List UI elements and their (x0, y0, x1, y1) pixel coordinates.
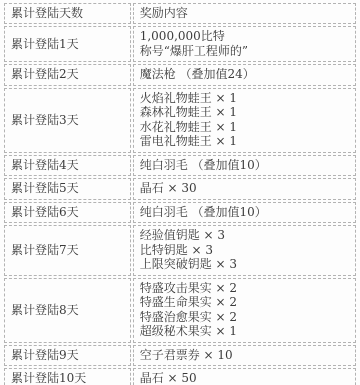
login-days-cell: 累计登陆9天 (4, 345, 131, 367)
table-row: 累计登陆3天火焰礼物蛙王 × 1森林礼物蛙王 × 1水花礼物蛙王 × 1雷电礼物… (4, 88, 356, 153)
table-row: 累计登陆8天特盛攻击果实 × 2特盛生命果实 × 2特盛治愈果实 × 2超级秘术… (4, 278, 356, 343)
table-row: 累计登陆5天晶石 × 30 (4, 178, 356, 200)
rewards-cell: 空子君票券 × 10 (133, 345, 356, 367)
reward-line: 晶石 × 50 (140, 371, 349, 385)
login-days-cell: 累计登陆7天 (4, 225, 131, 276)
rewards-cell: 经验值钥匙 × 3比特钥匙 × 3上限突破钥匙 × 3 (133, 225, 356, 276)
reward-line: 水花礼物蛙王 × 1 (140, 120, 349, 135)
reward-line: 火焰礼物蛙王 × 1 (140, 91, 349, 106)
login-days-cell: 累计登陆8天 (4, 278, 131, 343)
reward-line: 经验值钥匙 × 3 (140, 228, 349, 243)
login-days-cell: 累计登陆10天 (4, 368, 131, 385)
reward-line: 超级秘术果实 × 1 (140, 324, 349, 339)
rewards-cell: 纯白羽毛 （叠加值10） (133, 155, 356, 177)
reward-line: 特盛治愈果实 × 2 (140, 310, 349, 325)
login-days-cell: 累计登陆6天 (4, 202, 131, 224)
rewards-cell: 魔法枪 （叠加值24） (133, 64, 356, 86)
reward-line: 雷电礼物蛙王 × 1 (140, 134, 349, 149)
login-days-cell: 累计登陆4天 (4, 155, 131, 177)
reward-line: 比特钥匙 × 3 (140, 243, 349, 258)
reward-line: 晶石 × 30 (140, 181, 349, 196)
rewards-cell: 1,000,000比特称号“爆肝工程师的” (133, 26, 356, 62)
table-body: 累计登陆1天1,000,000比特称号“爆肝工程师的”累计登陆2天魔法枪 （叠加… (4, 26, 356, 385)
login-days-cell: 累计登陆3天 (4, 88, 131, 153)
header-row: 累计登陆天数 奖励内容 (4, 3, 356, 24)
reward-line: 特盛生命果实 × 2 (140, 295, 349, 310)
login-days-cell: 累计登陆2天 (4, 64, 131, 86)
rewards-cell: 晶石 × 30 (133, 178, 356, 200)
reward-line: 魔法枪 （叠加值24） (140, 67, 349, 82)
reward-line: 特盛攻击果实 × 2 (140, 281, 349, 296)
rewards-cell: 火焰礼物蛙王 × 1森林礼物蛙王 × 1水花礼物蛙王 × 1雷电礼物蛙王 × 1 (133, 88, 356, 153)
table-row: 累计登陆1天1,000,000比特称号“爆肝工程师的” (4, 26, 356, 62)
column-header-login-days: 累计登陆天数 (4, 3, 131, 24)
table-row: 累计登陆7天经验值钥匙 × 3比特钥匙 × 3上限突破钥匙 × 3 (4, 225, 356, 276)
reward-line: 上限突破钥匙 × 3 (140, 257, 349, 272)
reward-line: 纯白羽毛 （叠加值10） (140, 158, 349, 173)
reward-line: 称号“爆肝工程师的” (140, 44, 349, 59)
table-row: 累计登陆6天纯白羽毛 （叠加值10） (4, 202, 356, 224)
table-row: 累计登陆9天空子君票券 × 10 (4, 345, 356, 367)
rewards-cell: 特盛攻击果实 × 2特盛生命果实 × 2特盛治愈果实 × 2超级秘术果实 × 1 (133, 278, 356, 343)
reward-line: 森林礼物蛙王 × 1 (140, 105, 349, 120)
reward-line: 1,000,000比特 (140, 29, 349, 44)
login-days-cell: 累计登陆5天 (4, 178, 131, 200)
reward-line: 空子君票券 × 10 (140, 348, 349, 363)
reward-line: 纯白羽毛 （叠加值10） (140, 205, 349, 220)
login-days-cell: 累计登陆1天 (4, 26, 131, 62)
table-row: 累计登陆2天魔法枪 （叠加值24） (4, 64, 356, 86)
rewards-cell: 晶石 × 50 (133, 368, 356, 385)
rewards-cell: 纯白羽毛 （叠加值10） (133, 202, 356, 224)
table-row: 累计登陆4天纯白羽毛 （叠加值10） (4, 155, 356, 177)
column-header-reward-content: 奖励内容 (133, 3, 356, 24)
login-rewards-table: 累计登陆天数 奖励内容 累计登陆1天1,000,000比特称号“爆肝工程师的”累… (2, 1, 358, 385)
table-row: 累计登陆10天晶石 × 50 (4, 368, 356, 385)
